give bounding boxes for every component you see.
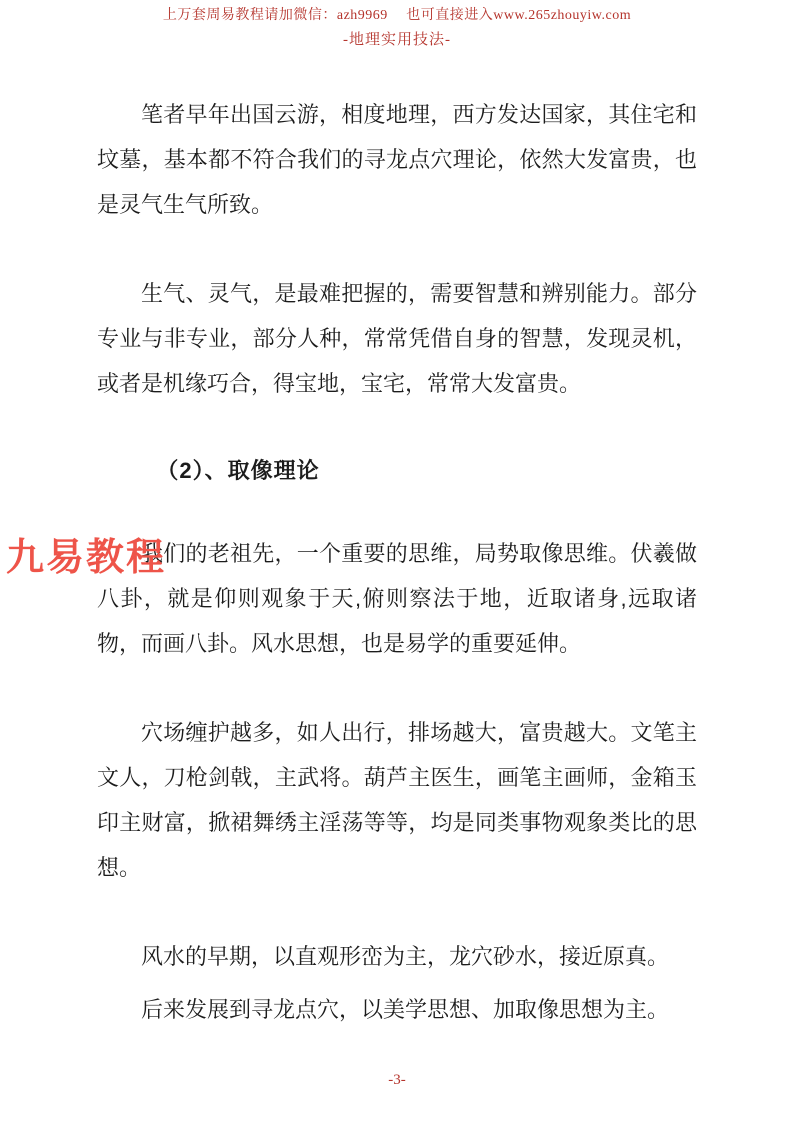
page-number: -3- — [388, 1072, 406, 1088]
paragraph-shengqi-lingqi: 生气、灵气，是最难把握的，需要智慧和辨别能力。部分专业与非专业，部分人种，常常凭… — [97, 271, 697, 406]
page-body: 笔者早年出国云游，相度地理，西方发达国家，其住宅和坟墓，基本都不符合我们的寻龙点… — [97, 92, 697, 1076]
paragraph-travel-observation: 笔者早年出国云游，相度地理，西方发达国家，其住宅和坟墓，基本都不符合我们的寻龙点… — [97, 92, 697, 227]
paragraph-later-development: 后来发展到寻龙点穴，以美学思想、加取像思想为主。 — [97, 987, 697, 1032]
watermark-jiuyi-jiaocheng: 九易教程 — [6, 536, 166, 580]
section-heading-quxiang-theory: （2）、取像理论 — [97, 448, 697, 493]
header-promo-line: 上万套周易教程请加微信：azh9969 也可直接进入www.265zhouyiw… — [0, 6, 794, 26]
header-book-title: -地理实用技法- — [0, 29, 794, 51]
paragraph-early-fengshui: 风水的早期，以直观形峦为主，龙穴砂水，接近原真。 — [97, 934, 697, 979]
page-footer: -3- — [0, 1070, 794, 1090]
paragraph-xuechang-analogy: 穴场缠护越多，如人出行，排场越大，富贵越大。文笔主文人，刀枪剑戟，主武将。葫芦主… — [97, 710, 697, 890]
paragraph-ancestors-bagua: 我们的老祖先，一个重要的思维，局势取像思维。伏羲做八卦，就是仰则观象于天,俯则察… — [97, 531, 697, 666]
document-page: 上万套周易教程请加微信：azh9969 也可直接进入www.265zhouyiw… — [0, 0, 794, 1123]
page-header: 上万套周易教程请加微信：azh9969 也可直接进入www.265zhouyiw… — [0, 6, 794, 51]
